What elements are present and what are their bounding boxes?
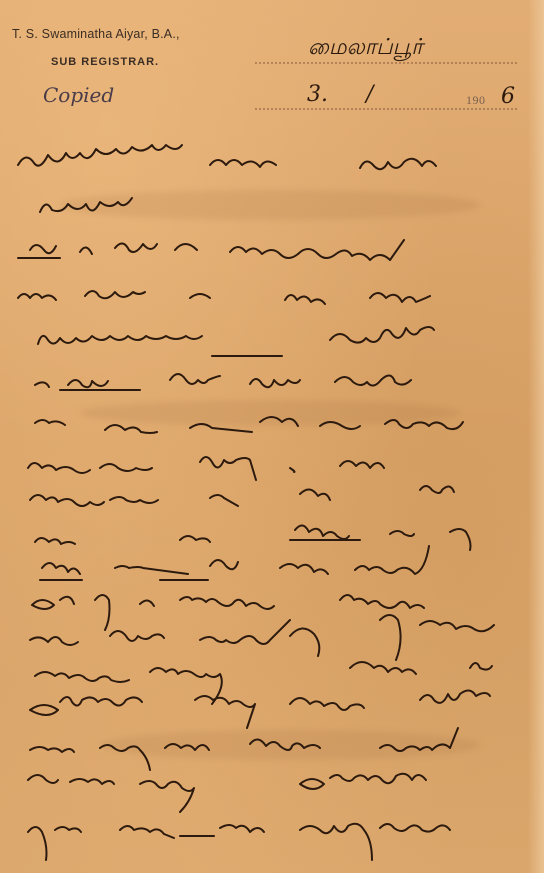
handwritten-letter-body: [0, 0, 544, 873]
